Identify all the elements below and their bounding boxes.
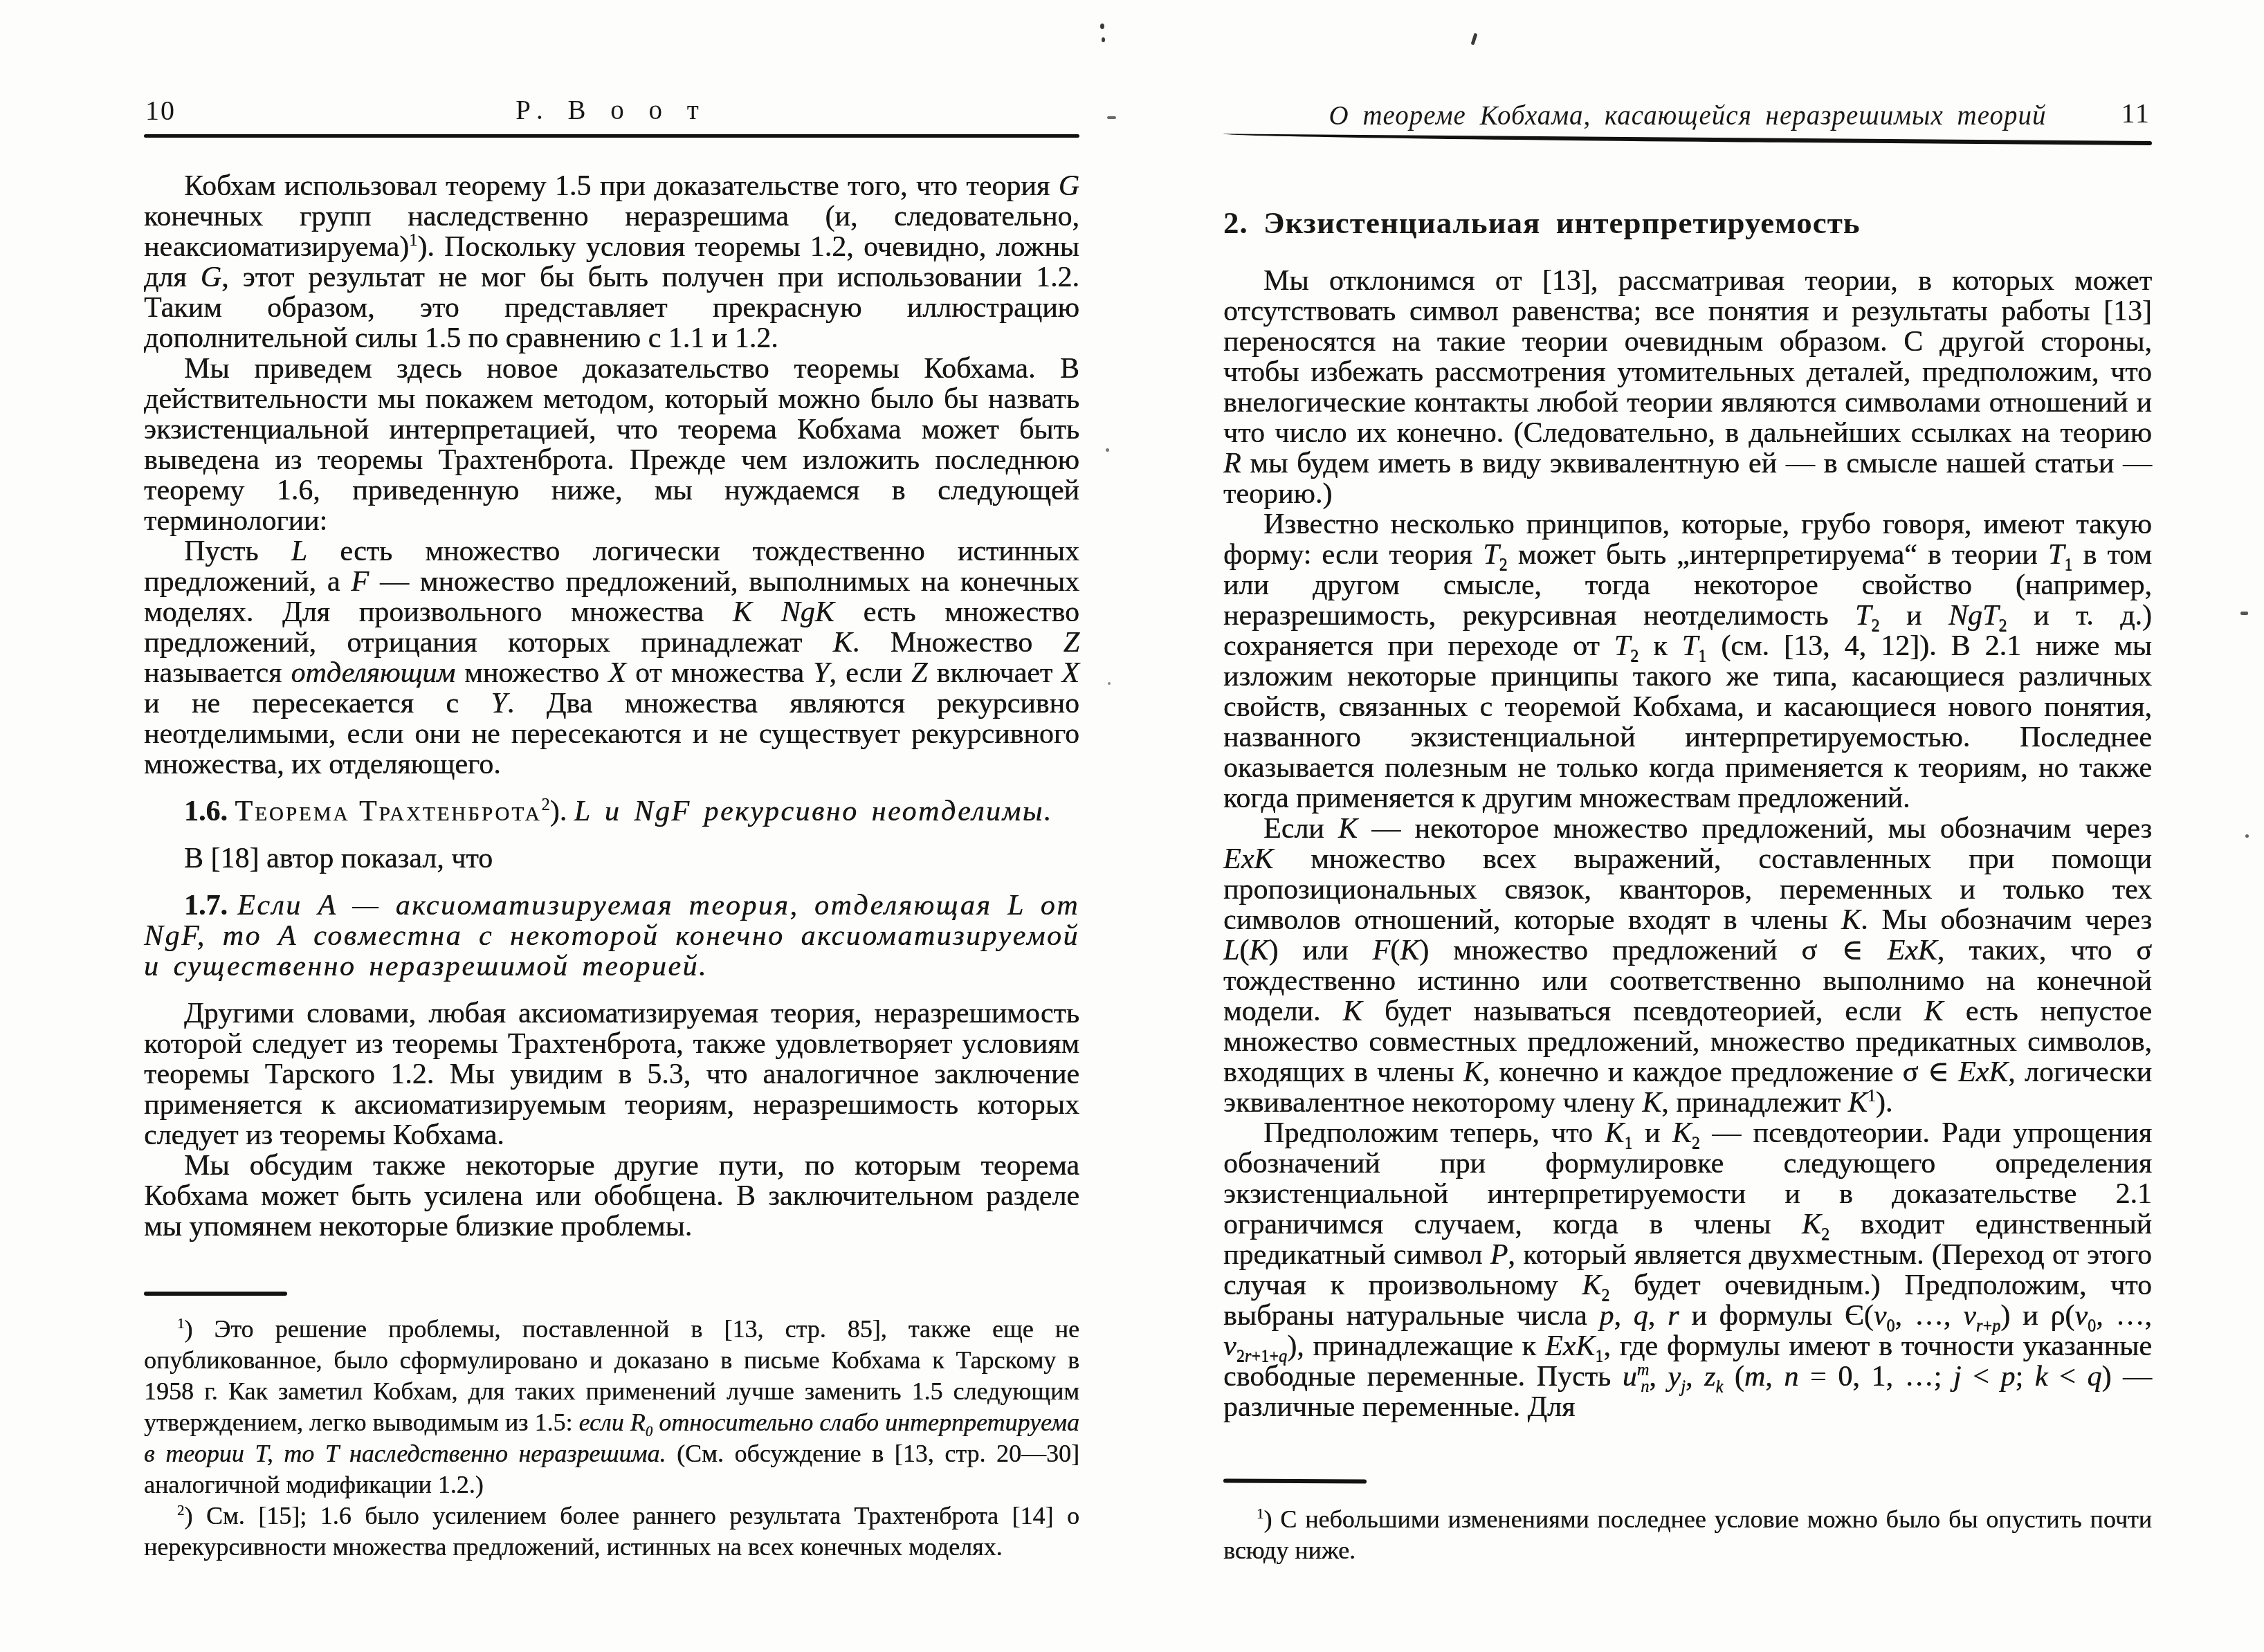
- page-right: О теореме Кобхама, касающейся неразрешим…: [1223, 101, 2152, 1566]
- left-body-text: Кобхам использовал теорему 1.5 при доказ…: [144, 171, 1079, 1278]
- scan-speck: [1102, 37, 1105, 42]
- left-running-header: 10 Р. В о о т: [144, 95, 1079, 127]
- right-paragraph-2: Известно несколько принципов, которые, г…: [1223, 509, 2152, 814]
- theorem-1-7: 1.7. Если A — аксиоматизируемая теория, …: [144, 890, 1079, 982]
- left-running-title: Р. В о о т: [144, 95, 1079, 126]
- left-paragraph-2: Мы приведем здесь новое доказательство т…: [144, 354, 1079, 536]
- scan-speck: [2245, 834, 2249, 838]
- right-running-title: О теореме Кобхама, касающейся неразрешим…: [1223, 101, 2152, 131]
- right-page-number: 11: [2121, 98, 2151, 129]
- right-footnote-1: 1) С небольшими изменениями последнее ус…: [1223, 1504, 2152, 1566]
- right-header-rule: [1223, 134, 2152, 145]
- right-footnote-rule: [1223, 1478, 1367, 1483]
- scan-speck: [1100, 24, 1104, 29]
- page-left: 10 Р. В о о т Кобхам использовал теорему…: [144, 95, 1079, 1563]
- left-footnote-rule: [144, 1292, 287, 1296]
- section-heading-2: 2. Экзистенциальиая интерпретируемость: [1223, 205, 2152, 241]
- left-paragraph-3: Пусть L есть множество логически тождест…: [144, 536, 1079, 780]
- left-header-rule: [144, 134, 1079, 138]
- scan-speck: [1470, 33, 1477, 46]
- left-paragraph-5: Другими словами, любая аксиоматизируемая…: [144, 998, 1079, 1150]
- left-paragraph-6: Мы обсудим также некоторые другие пути, …: [144, 1150, 1079, 1242]
- left-paragraph-1: Кобхам использовал теорему 1.5 при доказ…: [144, 171, 1079, 354]
- left-footnotes: 1) Это решение проблемы, поставленной в …: [144, 1314, 1079, 1563]
- left-paragraph-4: В [18] автор показал, что: [144, 843, 1079, 874]
- right-body-text: Мы отклонимся от [13], рассматривая теор…: [1223, 266, 2152, 1462]
- scan-speck: [1108, 682, 1111, 685]
- scan-speck: [1106, 448, 1109, 452]
- left-footnote-1: 1) Это решение проблемы, поставленной в …: [144, 1314, 1079, 1500]
- left-footnote-2: 2) См. [15]; 1.6 было усилением более ра…: [144, 1500, 1079, 1563]
- scan-speck: [2240, 612, 2248, 615]
- right-paragraph-1: Мы отклонимся от [13], рассматривая теор…: [1223, 266, 2152, 509]
- right-footnotes: 1) С небольшими изменениями последнее ус…: [1223, 1504, 2152, 1566]
- right-paragraph-3: Если K — некоторое множество предложений…: [1223, 814, 2152, 1118]
- scan-speck: [1107, 116, 1116, 119]
- left-page-number: 10: [145, 95, 176, 126]
- theorem-1-6: 1.6. Теорема Трахтенброта2). L и NgF рек…: [144, 796, 1079, 827]
- right-paragraph-4: Предположим теперь, что K1 и K2 — псевдо…: [1223, 1118, 2152, 1422]
- right-running-header: О теореме Кобхама, касающейся неразрешим…: [1223, 101, 2152, 133]
